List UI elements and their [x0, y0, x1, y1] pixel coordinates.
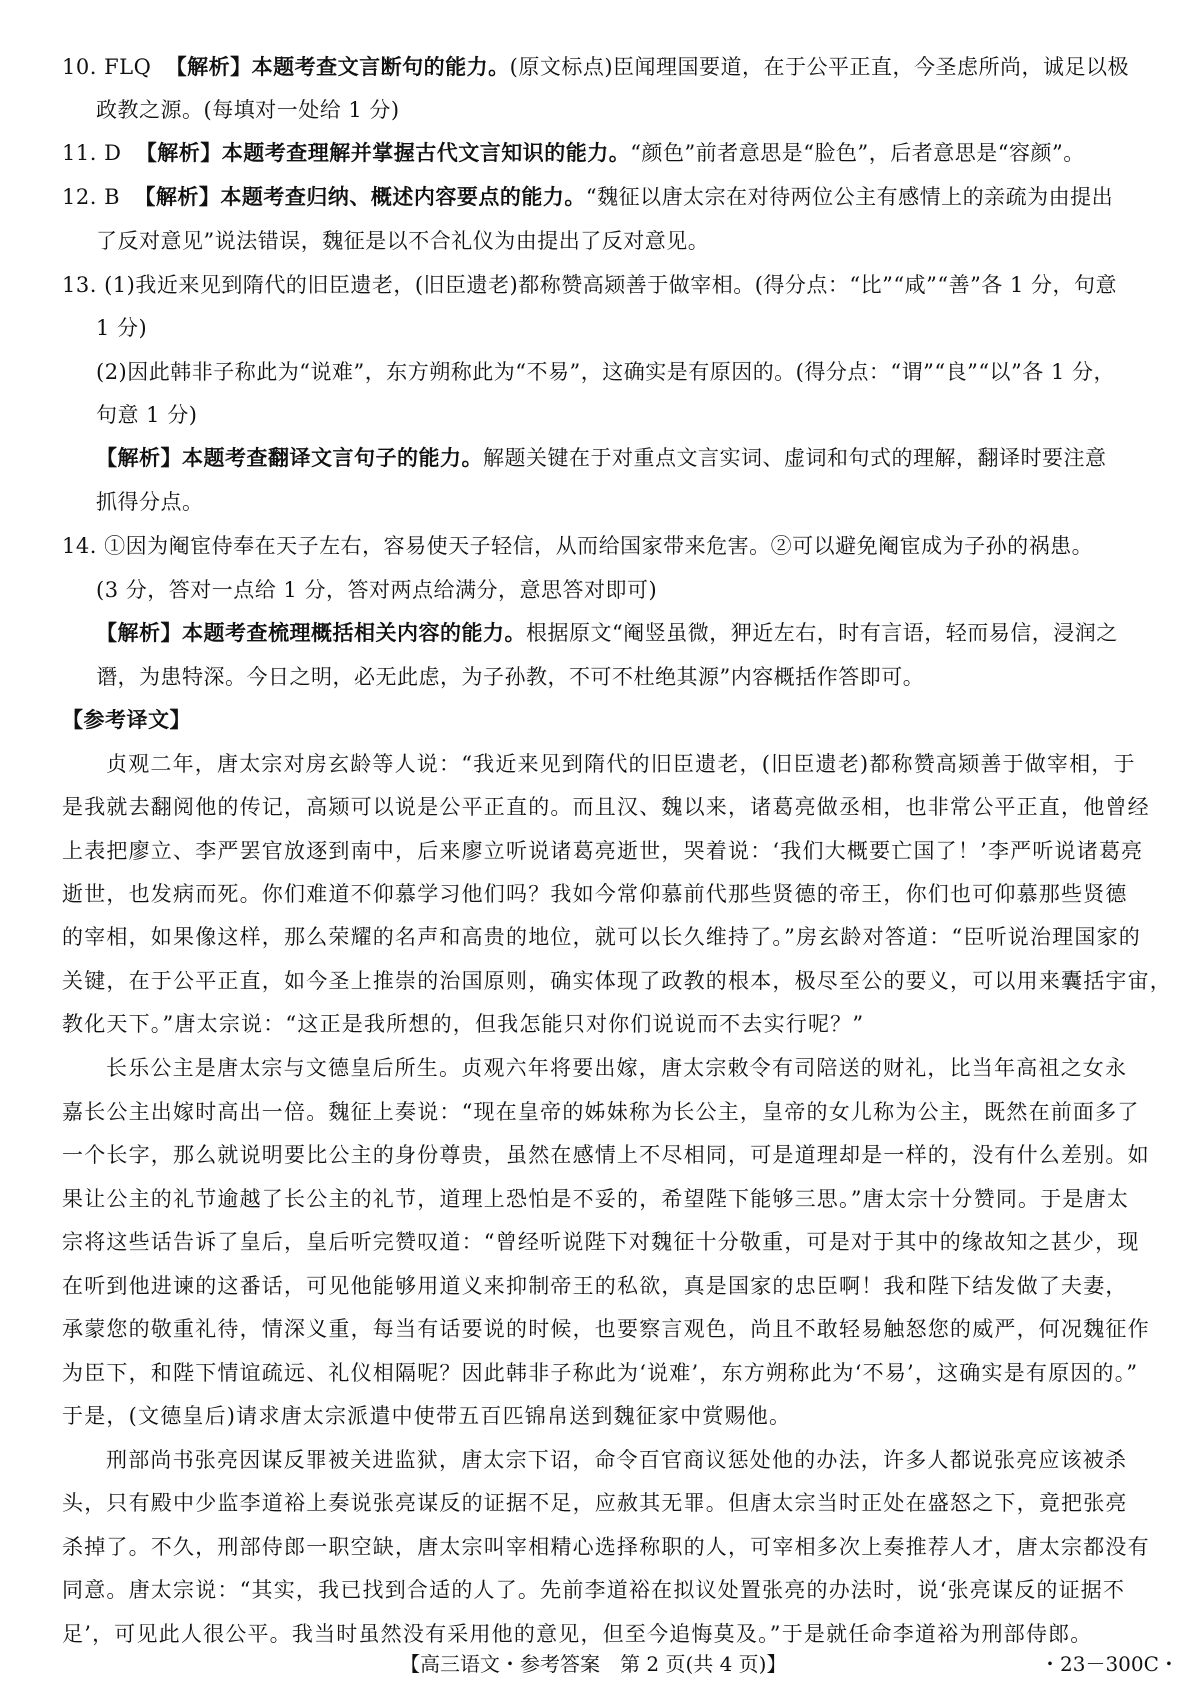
answer-14-line-1: 14. ①因为阉宦侍奉在天子左右，容易使天子轻信，从而给国家带来危害。②可以避免… [62, 531, 1142, 561]
answer-14-analysis-line-1: 【解析】本题考查梳理概括相关内容的能力。根据原文“阉竖虽微，狎近左右，时有言语，… [96, 618, 1176, 648]
answer-13-part-1-line-2: 1 分) [96, 313, 1176, 343]
translation-line: 为臣下，和陛下情谊疏远、礼仪相隔呢？因此韩非子称此为‘说难’，东方朔称此为‘不易… [62, 1358, 1142, 1388]
document-page: 10. FLQ 【解析】本题考查文言断句的能力。(原文标点)臣闻理国要道，在于公… [0, 0, 1200, 1697]
answer-13-analysis-text: 解题关键在于对重点文言实词、虚词和句式的理解，翻译时要注意 [483, 446, 1107, 470]
translation-line: 贞观二年，唐太宗对房玄龄等人说：“我近来见到隋代的旧臣遗老，(旧臣遗老)都称赞高… [106, 749, 1186, 779]
analysis-tag: 【解析】本题考查理解并掌握古代文言知识的能力。 [136, 141, 631, 165]
answer-12-line-2: 了反对意见”说法错误，魏征是以不合礼仪为由提出了反对意见。 [96, 226, 1176, 256]
answer-13-part-2-line-1: (2)因此韩非子称此为“说难”，东方朔称此为“不易”，这确实是有原因的。(得分点… [96, 357, 1176, 387]
translation-line: 逝世，也发病而死。你们难道不仰慕学习他们吗？我如今常仰慕前代那些贤德的帝王，你们… [62, 879, 1142, 909]
answer-10-line-2: 政教之源。(每填对一处给 1 分) [96, 95, 1176, 125]
answer-13-analysis-line-1: 【解析】本题考查翻译文言句子的能力。解题关键在于对重点文言实词、虚词和句式的理解… [96, 443, 1176, 473]
answer-10-text: (原文标点)臣闻理国要道，在于公平正直，今圣虑所尚，诚足以极 [510, 55, 1129, 79]
answer-12-text: “魏征以唐太宗在对待两位公主有感情上的亲疏为由提出 [586, 185, 1113, 209]
answer-13-part-1-line-1: 13. (1)我近来见到隋代的旧臣遗老，(旧臣遗老)都称赞高颎善于做宰相。(得分… [62, 270, 1142, 300]
answer-10-number: 10. FLQ [62, 55, 151, 79]
translation-line: 同意。唐太宗说：“其实，我已找到合适的人了。先前李道裕在拟议处置张亮的办法时，说… [62, 1575, 1142, 1605]
translation-line: 在听到他进谏的这番话，可见他能够用道义来抑制帝王的私欲，真是国家的忠臣啊！我和陛… [62, 1271, 1142, 1301]
analysis-tag: 【解析】本题考查文言断句的能力。 [166, 55, 510, 79]
translation-line: 承蒙您的敬重礼待，情深义重，每当有话要说的时候，也要察言观色，尚且不敢轻易触怒您… [62, 1314, 1142, 1344]
translation-line: 头，只有殿中少监李道裕上奏说张亮谋反的证据不足，应赦其无罪。但唐太宗当时正处在盛… [62, 1488, 1142, 1518]
translation-line: 是我就去翻阅他的传记，高颎可以说是公平正直的。而且汉、魏以来，诸葛亮做丞相，也非… [62, 792, 1142, 822]
translation-line: 一个长字，那么就说明要比公主的身份尊贵，虽然在感情上不尽相同，可是道理却是一样的… [62, 1140, 1142, 1170]
answer-12-number: 12. B [62, 185, 120, 209]
page-footer-code: ・23－300C・ [1040, 1650, 1179, 1678]
translation-line: 长乐公主是唐太宗与文德皇后所生。贞观六年将要出嫁，唐太宗敕令有司陪送的财礼，比当… [106, 1053, 1186, 1083]
translation-line: 上表把廖立、李严罢官放逐到南中，后来廖立听说诸葛亮逝世，哭着说：‘我们大概要亡国… [62, 836, 1142, 866]
translation-line: 关键，在于公平正直，如今圣上推崇的治国原则，确实体现了政教的根本，极尽至公的要义… [62, 966, 1142, 996]
answer-14-analysis-text: 根据原文“阉竖虽微，狎近左右，时有言语，轻而易信，浸润之 [526, 621, 1118, 645]
answer-13-analysis-line-2: 抓得分点。 [96, 487, 1176, 517]
answer-11-number: 11. D [62, 141, 121, 165]
answer-13-part-2-line-2: 句意 1 分) [96, 400, 1176, 430]
answer-10-line-1: 10. FLQ 【解析】本题考查文言断句的能力。(原文标点)臣闻理国要道，在于公… [62, 52, 1142, 82]
answer-11: 11. D 【解析】本题考查理解并掌握古代文言知识的能力。“颜色”前者意思是“脸… [62, 138, 1142, 168]
translation-line: 教化天下。”唐太宗说：“这正是我所想的，但我怎能只对你们说说而不去实行呢？” [62, 1009, 1142, 1039]
answer-11-text: “颜色”前者意思是“脸色”，后者意思是“容颜”。 [630, 141, 1084, 165]
answer-14-line-2: (3 分，答对一点给 1 分，答对两点给满分，意思答对即可) [96, 575, 1176, 605]
translation-line: 于是，(文德皇后)请求唐太宗派遣中使带五百匹锦帛送到魏征家中赏赐他。 [62, 1401, 1142, 1431]
page-footer-label: 【高三语文・参考答案 第 2 页(共 4 页)】 [400, 1650, 786, 1678]
translation-line: 足’，可见此人很公平。我当时虽然没有采用他的意见，但至今追悔莫及。”于是就任命李… [62, 1619, 1142, 1649]
answer-14-analysis-line-2: 谮，为患特深。今日之明，必无此虑，为子孙教，不可不杜绝其源”内容概括作答即可。 [96, 662, 1176, 692]
translation-line: 果让公主的礼节逾越了长公主的礼节，道理上恐怕是不妥的，希望陛下能够三思。”唐太宗… [62, 1184, 1142, 1214]
answer-12-line-1: 12. B 【解析】本题考查归纳、概述内容要点的能力。“魏征以唐太宗在对待两位公… [62, 182, 1142, 212]
translation-line: 嘉长公主出嫁时高出一倍。魏征上奏说：“现在皇帝的姊妹称为长公主，皇帝的女儿称为公… [62, 1097, 1142, 1127]
translation-line: 宗将这些话告诉了皇后，皇后听完赞叹道：“曾经听说陛下对魏征十分敬重，可是对于其中… [62, 1227, 1142, 1257]
translation-line: 杀掉了。不久，刑部侍郎一职空缺，唐太宗叫宰相精心选择称职的人，可宰相多次上奏推荐… [62, 1532, 1142, 1562]
translation-line: 刑部尚书张亮因谋反罪被关进监狱，唐太宗下诏，命令百官商议惩处他的办法，许多人都说… [106, 1445, 1186, 1475]
translation-heading: 【参考译文】 [62, 705, 1142, 735]
analysis-tag: 【解析】本题考查翻译文言句子的能力。 [96, 446, 483, 470]
translation-line: 的宰相，如果像这样，那么荣耀的名声和高贵的地位，就可以长久维持了。”房玄龄对答道… [62, 922, 1142, 952]
analysis-tag: 【解析】本题考查归纳、概述内容要点的能力。 [134, 185, 586, 209]
analysis-tag: 【解析】本题考查梳理概括相关内容的能力。 [96, 621, 526, 645]
